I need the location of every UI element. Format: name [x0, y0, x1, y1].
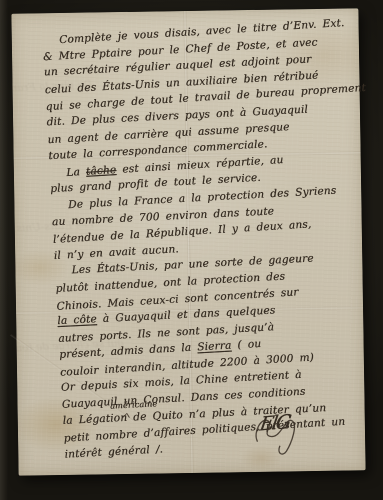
letter-paper: De plus la France a la protection des Sy… — [11, 8, 365, 475]
underlined-phrase: Sierra — [197, 340, 232, 354]
photo-background: De plus la France a la protection des Sy… — [0, 0, 383, 500]
letter-body: Complète je vous disais, avec le titre d… — [42, 16, 370, 463]
underlined-phrase: la côte — [57, 313, 97, 327]
signature: ElG — [245, 407, 319, 465]
struck-word: tâche — [86, 164, 117, 178]
line-text: la Légation — [62, 411, 127, 426]
line-text: ( ou — [231, 338, 261, 352]
line-text: La — [66, 166, 86, 179]
inserted-word-above-line: américaine — [110, 399, 158, 409]
signature-initials: ElG — [258, 411, 291, 436]
